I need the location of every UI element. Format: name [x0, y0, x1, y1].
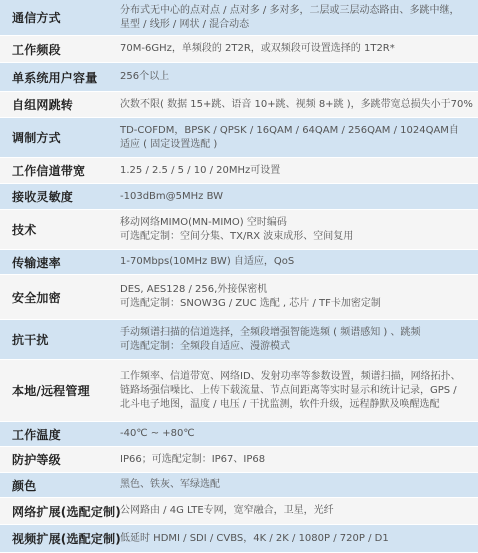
spec-value-line: 北斗电子地图，温度 / 电压 / 干扰监测，软件升级，远程静默及唤醒选配 [120, 398, 470, 412]
spec-label: 通信方式 [0, 9, 108, 26]
spec-value-line: 1.25 / 2.5 / 5 / 10 / 20MHz可设置 [120, 164, 470, 178]
spec-value: -40℃ ~ +80℃ [108, 427, 478, 441]
spec-value: TD-COFDM，BPSK / QPSK / 16QAM / 64QAM / 2… [108, 124, 478, 152]
spec-row-frequency-band: 工作频段 70M-6GHz，单频段的 2T2R，或双频段可设置选择的 1T2R* [0, 36, 478, 63]
spec-value: -103dBm@5MHz BW [108, 190, 478, 204]
spec-value: 工作频率、信道带宽、网络ID、发射功率等参数设置，频谱扫描，网络拓扑、 链路场强… [108, 370, 478, 412]
spec-value-line: 链路场强信噪比、上传下载流量、节点间距离等实时显示和统计记录，GPS / [120, 384, 470, 398]
spec-value: 黑色、铁灰、军绿选配 [108, 478, 478, 492]
spec-row-network-extension: 网络扩展(选配定制) 公网路由 / 4G LTE专网，宽窄融合，卫星，光纤 [0, 498, 478, 525]
spec-row-video-extension: 视频扩展(选配定制) 低延时 HDMI / SDI / CVBS，4K / 2K… [0, 525, 478, 553]
spec-value-line: 适应 ( 固定设置选配 ) [120, 138, 470, 152]
spec-value-line: 次数不限( 数据 15+跳、语音 10+跳、视频 8+跳 )，多跳带宽总损失小于… [120, 98, 473, 112]
spec-row-color: 颜色 黑色、铁灰、军绿选配 [0, 473, 478, 498]
spec-value-line: -40℃ ~ +80℃ [120, 427, 470, 441]
spec-value-line: 可选配定制：全频段自适应、漫游模式 [120, 340, 470, 354]
spec-row-rx-sensitivity: 接收灵敏度 -103dBm@5MHz BW [0, 184, 478, 210]
spec-row-encryption: 安全加密 DES, AES128 / 256,外接保密机 可选配定制：SNOW3… [0, 275, 478, 320]
spec-value-line: 分布式无中心的点对点 / 点对多 / 多对多，二层或三层动态路由、多跳中继， [120, 4, 470, 18]
spec-value-line: -103dBm@5MHz BW [120, 190, 470, 204]
spec-label: 安全加密 [0, 289, 108, 306]
spec-row-anti-jamming: 抗干扰 手动频谱扫描的信道选择，全频段增强智能选频 ( 频谱感知 ) 、跳频 可… [0, 320, 478, 360]
spec-value-line: 可选配定制：空间分集、TX/RX 波束成形、空间复用 [120, 230, 470, 244]
spec-label: 工作信道带宽 [0, 162, 108, 179]
spec-label: 抗干扰 [0, 331, 108, 348]
spec-value: 70M-6GHz，单频段的 2T2R，或双频段可设置选择的 1T2R* [108, 42, 478, 56]
spec-label: 防护等级 [0, 451, 108, 468]
spec-value: DES, AES128 / 256,外接保密机 可选配定制：SNOW3G / Z… [108, 283, 478, 311]
spec-value-line: 低延时 HDMI / SDI / CVBS，4K / 2K / 1080P / … [120, 532, 470, 546]
spec-row-mesh-hops: 自组网跳转 次数不限( 数据 15+跳、语音 10+跳、视频 8+跳 )，多跳带… [0, 92, 478, 118]
spec-label: 技术 [0, 221, 108, 238]
spec-label: 接收灵敏度 [0, 188, 108, 205]
spec-row-protection: 防护等级 IP66；可选配定制：IP67、IP68 [0, 447, 478, 473]
spec-label: 工作温度 [0, 426, 108, 443]
spec-value: 256个以上 [108, 70, 478, 84]
spec-value: 手动频谱扫描的信道选择，全频段增强智能选频 ( 频谱感知 ) 、跳频 可选配定制… [108, 326, 478, 354]
spec-value-line: 可选配定制：SNOW3G / ZUC 选配 , 芯片 / TF卡加密定制 [120, 297, 470, 311]
spec-value: 1-70Mbps(10MHz BW) 自适应，QoS [108, 255, 478, 269]
spec-value-line: 星型 / 线形 / 网状 / 混合动态 [120, 18, 470, 32]
spec-value-line: TD-COFDM，BPSK / QPSK / 16QAM / 64QAM / 2… [120, 124, 470, 138]
spec-label: 调制方式 [0, 129, 108, 146]
spec-value-line: 1-70Mbps(10MHz BW) 自适应，QoS [120, 255, 470, 269]
spec-value-line: 黑色、铁灰、军绿选配 [120, 478, 470, 492]
spec-value-line: 70M-6GHz，单频段的 2T2R，或双频段可设置选择的 1T2R* [120, 42, 470, 56]
spec-row-temperature: 工作温度 -40℃ ~ +80℃ [0, 422, 478, 447]
spec-value: 移动网络MIMO(MN-MIMO) 空时编码 可选配定制：空间分集、TX/RX … [108, 216, 478, 244]
spec-label: 单系统用户容量 [0, 69, 108, 86]
spec-value-line: IP66；可选配定制：IP67、IP68 [120, 453, 470, 467]
spec-label: 颜色 [0, 477, 108, 494]
spec-value: IP66；可选配定制：IP67、IP68 [108, 453, 478, 467]
spec-label: 网络扩展(选配定制) [0, 503, 108, 520]
spec-value-line: DES, AES128 / 256,外接保密机 [120, 283, 470, 297]
spec-value-line: 手动频谱扫描的信道选择，全频段增强智能选频 ( 频谱感知 ) 、跳频 [120, 326, 470, 340]
spec-value-line: 256个以上 [120, 70, 470, 84]
spec-label: 传输速率 [0, 254, 108, 271]
spec-value: 1.25 / 2.5 / 5 / 10 / 20MHz可设置 [108, 164, 478, 178]
spec-label: 工作频段 [0, 41, 108, 58]
spec-label: 视频扩展(选配定制) [0, 530, 108, 547]
spec-label: 本地/远程管理 [0, 382, 108, 399]
spec-label: 自组网跳转 [0, 96, 108, 113]
spec-value-line: 公网路由 / 4G LTE专网，宽窄融合，卫星，光纤 [120, 504, 470, 518]
spec-value-line: 移动网络MIMO(MN-MIMO) 空时编码 [120, 216, 470, 230]
spec-row-communication-mode: 通信方式 分布式无中心的点对点 / 点对多 / 多对多，二层或三层动态路由、多跳… [0, 0, 478, 36]
spec-value: 公网路由 / 4G LTE专网，宽窄融合，卫星，光纤 [108, 504, 478, 518]
spec-row-technology: 技术 移动网络MIMO(MN-MIMO) 空时编码 可选配定制：空间分集、TX/… [0, 210, 478, 250]
spec-row-user-capacity: 单系统用户容量 256个以上 [0, 63, 478, 92]
spec-value: 次数不限( 数据 15+跳、语音 10+跳、视频 8+跳 )，多跳带宽总损失小于… [108, 98, 478, 112]
spec-value: 低延时 HDMI / SDI / CVBS，4K / 2K / 1080P / … [108, 532, 478, 546]
spec-row-management: 本地/远程管理 工作频率、信道带宽、网络ID、发射功率等参数设置，频谱扫描，网络… [0, 360, 478, 422]
spec-value-line: 工作频率、信道带宽、网络ID、发射功率等参数设置，频谱扫描，网络拓扑、 [120, 370, 470, 384]
spec-table: 通信方式 分布式无中心的点对点 / 点对多 / 多对多，二层或三层动态路由、多跳… [0, 0, 478, 553]
spec-row-transfer-rate: 传输速率 1-70Mbps(10MHz BW) 自适应，QoS [0, 250, 478, 275]
spec-value: 分布式无中心的点对点 / 点对多 / 多对多，二层或三层动态路由、多跳中继， 星… [108, 4, 478, 32]
spec-row-modulation: 调制方式 TD-COFDM，BPSK / QPSK / 16QAM / 64QA… [0, 118, 478, 158]
spec-row-channel-bandwidth: 工作信道带宽 1.25 / 2.5 / 5 / 10 / 20MHz可设置 [0, 158, 478, 184]
